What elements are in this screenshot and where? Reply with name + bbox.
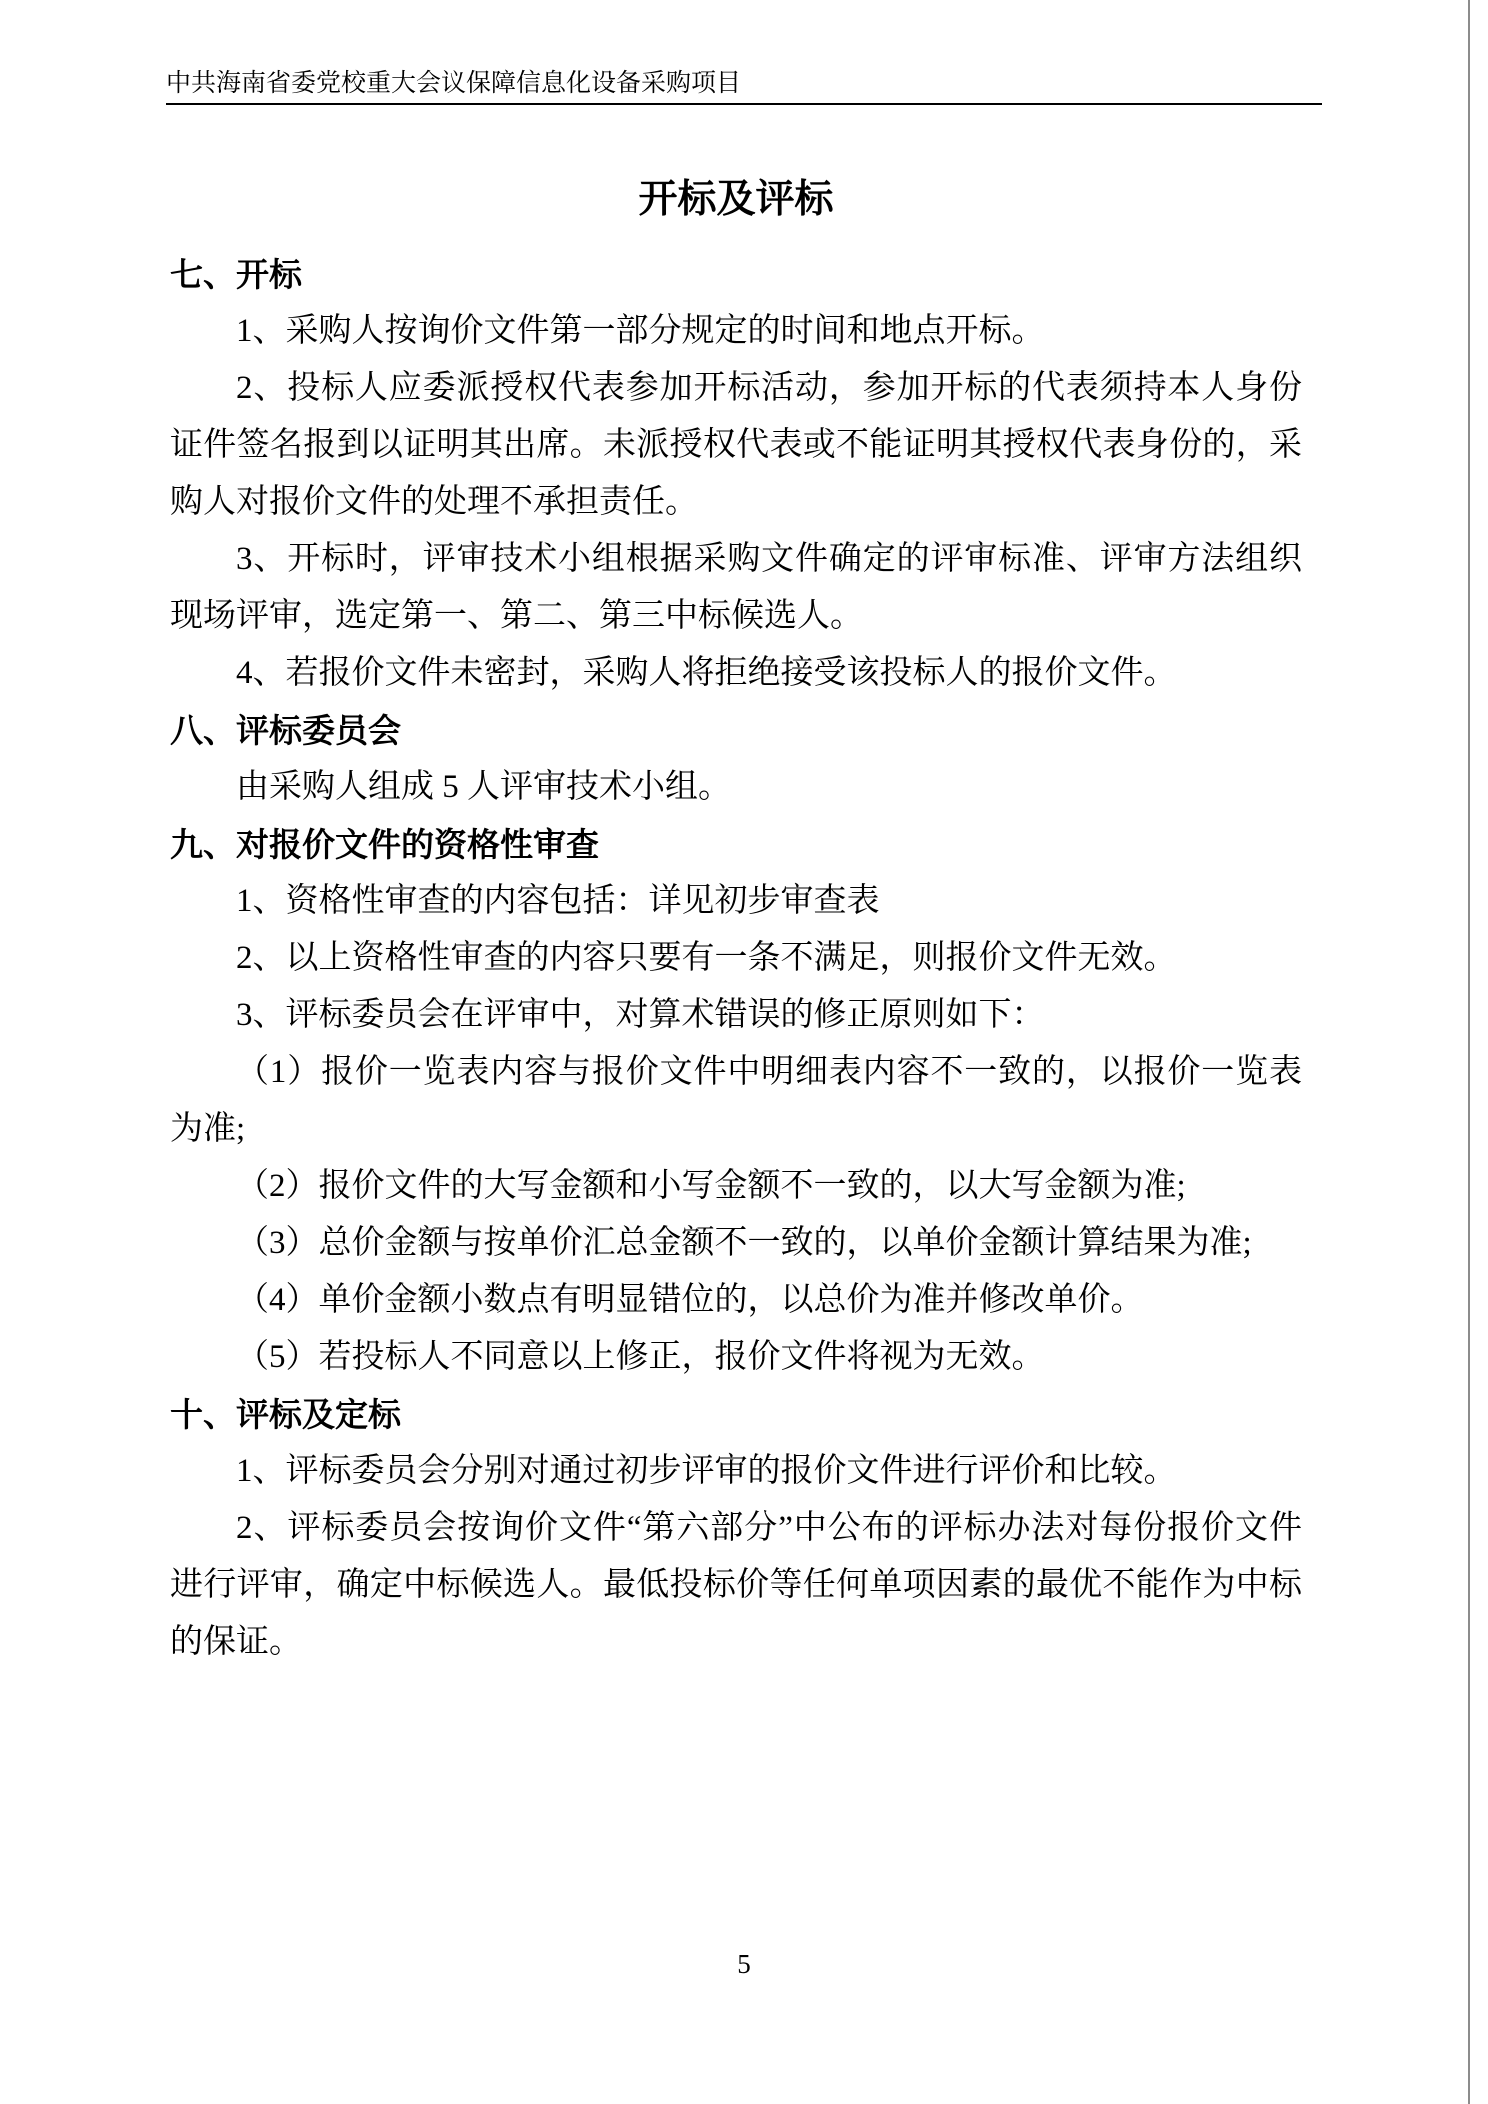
- paragraph: （4）单价金额小数点有明显错位的，以总价为准并修改单价。: [170, 1272, 1302, 1329]
- paragraph: 4、若报价文件未密封，采购人将拒绝接受该投标人的报价文件。: [170, 645, 1302, 702]
- section-heading-9: 九、对报价文件的资格性审查: [170, 816, 1302, 873]
- paragraph: 1、采购人按询价文件第一部分规定的时间和地点开标。: [170, 303, 1302, 360]
- section-heading-7: 七、开标: [170, 246, 1302, 303]
- header-project-title: 中共海南省委党校重大会议保障信息化设备采购项目: [166, 70, 741, 97]
- paragraph: 2、投标人应委派授权代表参加开标活动，参加开标的代表须持本人身份证件签名报到以证…: [170, 360, 1302, 531]
- section-evaluation-committee: 八、评标委员会 由采购人组成 5 人评审技术小组。: [170, 702, 1302, 816]
- section-qualification-review: 九、对报价文件的资格性审查 1、资格性审查的内容包括：详见初步审查表 2、以上资…: [170, 816, 1302, 1386]
- paragraph: （3）总价金额与按单价汇总金额不一致的，以单价金额计算结果为准;: [170, 1215, 1302, 1272]
- paragraph: 1、评标委员会分别对通过初步评审的报价文件进行评价和比较。: [170, 1443, 1302, 1500]
- page-number: 5: [737, 1949, 751, 1979]
- paragraph: 2、评标委员会按询价文件“第六部分”中公布的评标办法对每份报价文件进行评审，确定…: [170, 1500, 1302, 1671]
- page-footer: 5: [0, 1948, 1488, 1980]
- document-body: 开标及评标 七、开标 1、采购人按询价文件第一部分规定的时间和地点开标。 2、投…: [170, 176, 1302, 1671]
- scan-edge-line: [1468, 0, 1470, 2104]
- paragraph: 2、以上资格性审查的内容只要有一条不满足，则报价文件无效。: [170, 930, 1302, 987]
- paragraph: （5）若投标人不同意以上修正，报价文件将视为无效。: [170, 1329, 1302, 1386]
- paragraph: 3、评标委员会在评审中，对算术错误的修正原则如下：: [170, 987, 1302, 1044]
- document-page: 中共海南省委党校重大会议保障信息化设备采购项目 开标及评标 七、开标 1、采购人…: [0, 0, 1488, 2104]
- paragraph: 1、资格性审查的内容包括：详见初步审查表: [170, 873, 1302, 930]
- paragraph: （2）报价文件的大写金额和小写金额不一致的，以大写金额为准;: [170, 1158, 1302, 1215]
- page-title: 开标及评标: [170, 176, 1302, 224]
- paragraph: 3、开标时，评审技术小组根据采购文件确定的评审标准、评审方法组织现场评审，选定第…: [170, 531, 1302, 645]
- document-header: 中共海南省委党校重大会议保障信息化设备采购项目: [166, 70, 1322, 105]
- paragraph: 由采购人组成 5 人评审技术小组。: [170, 759, 1302, 816]
- section-evaluation-and-award: 十、评标及定标 1、评标委员会分别对通过初步评审的报价文件进行评价和比较。 2、…: [170, 1386, 1302, 1671]
- section-bid-opening: 七、开标 1、采购人按询价文件第一部分规定的时间和地点开标。 2、投标人应委派授…: [170, 246, 1302, 702]
- paragraph: （1）报价一览表内容与报价文件中明细表内容不一致的，以报价一览表为准;: [170, 1044, 1302, 1158]
- section-heading-10: 十、评标及定标: [170, 1386, 1302, 1443]
- section-heading-8: 八、评标委员会: [170, 702, 1302, 759]
